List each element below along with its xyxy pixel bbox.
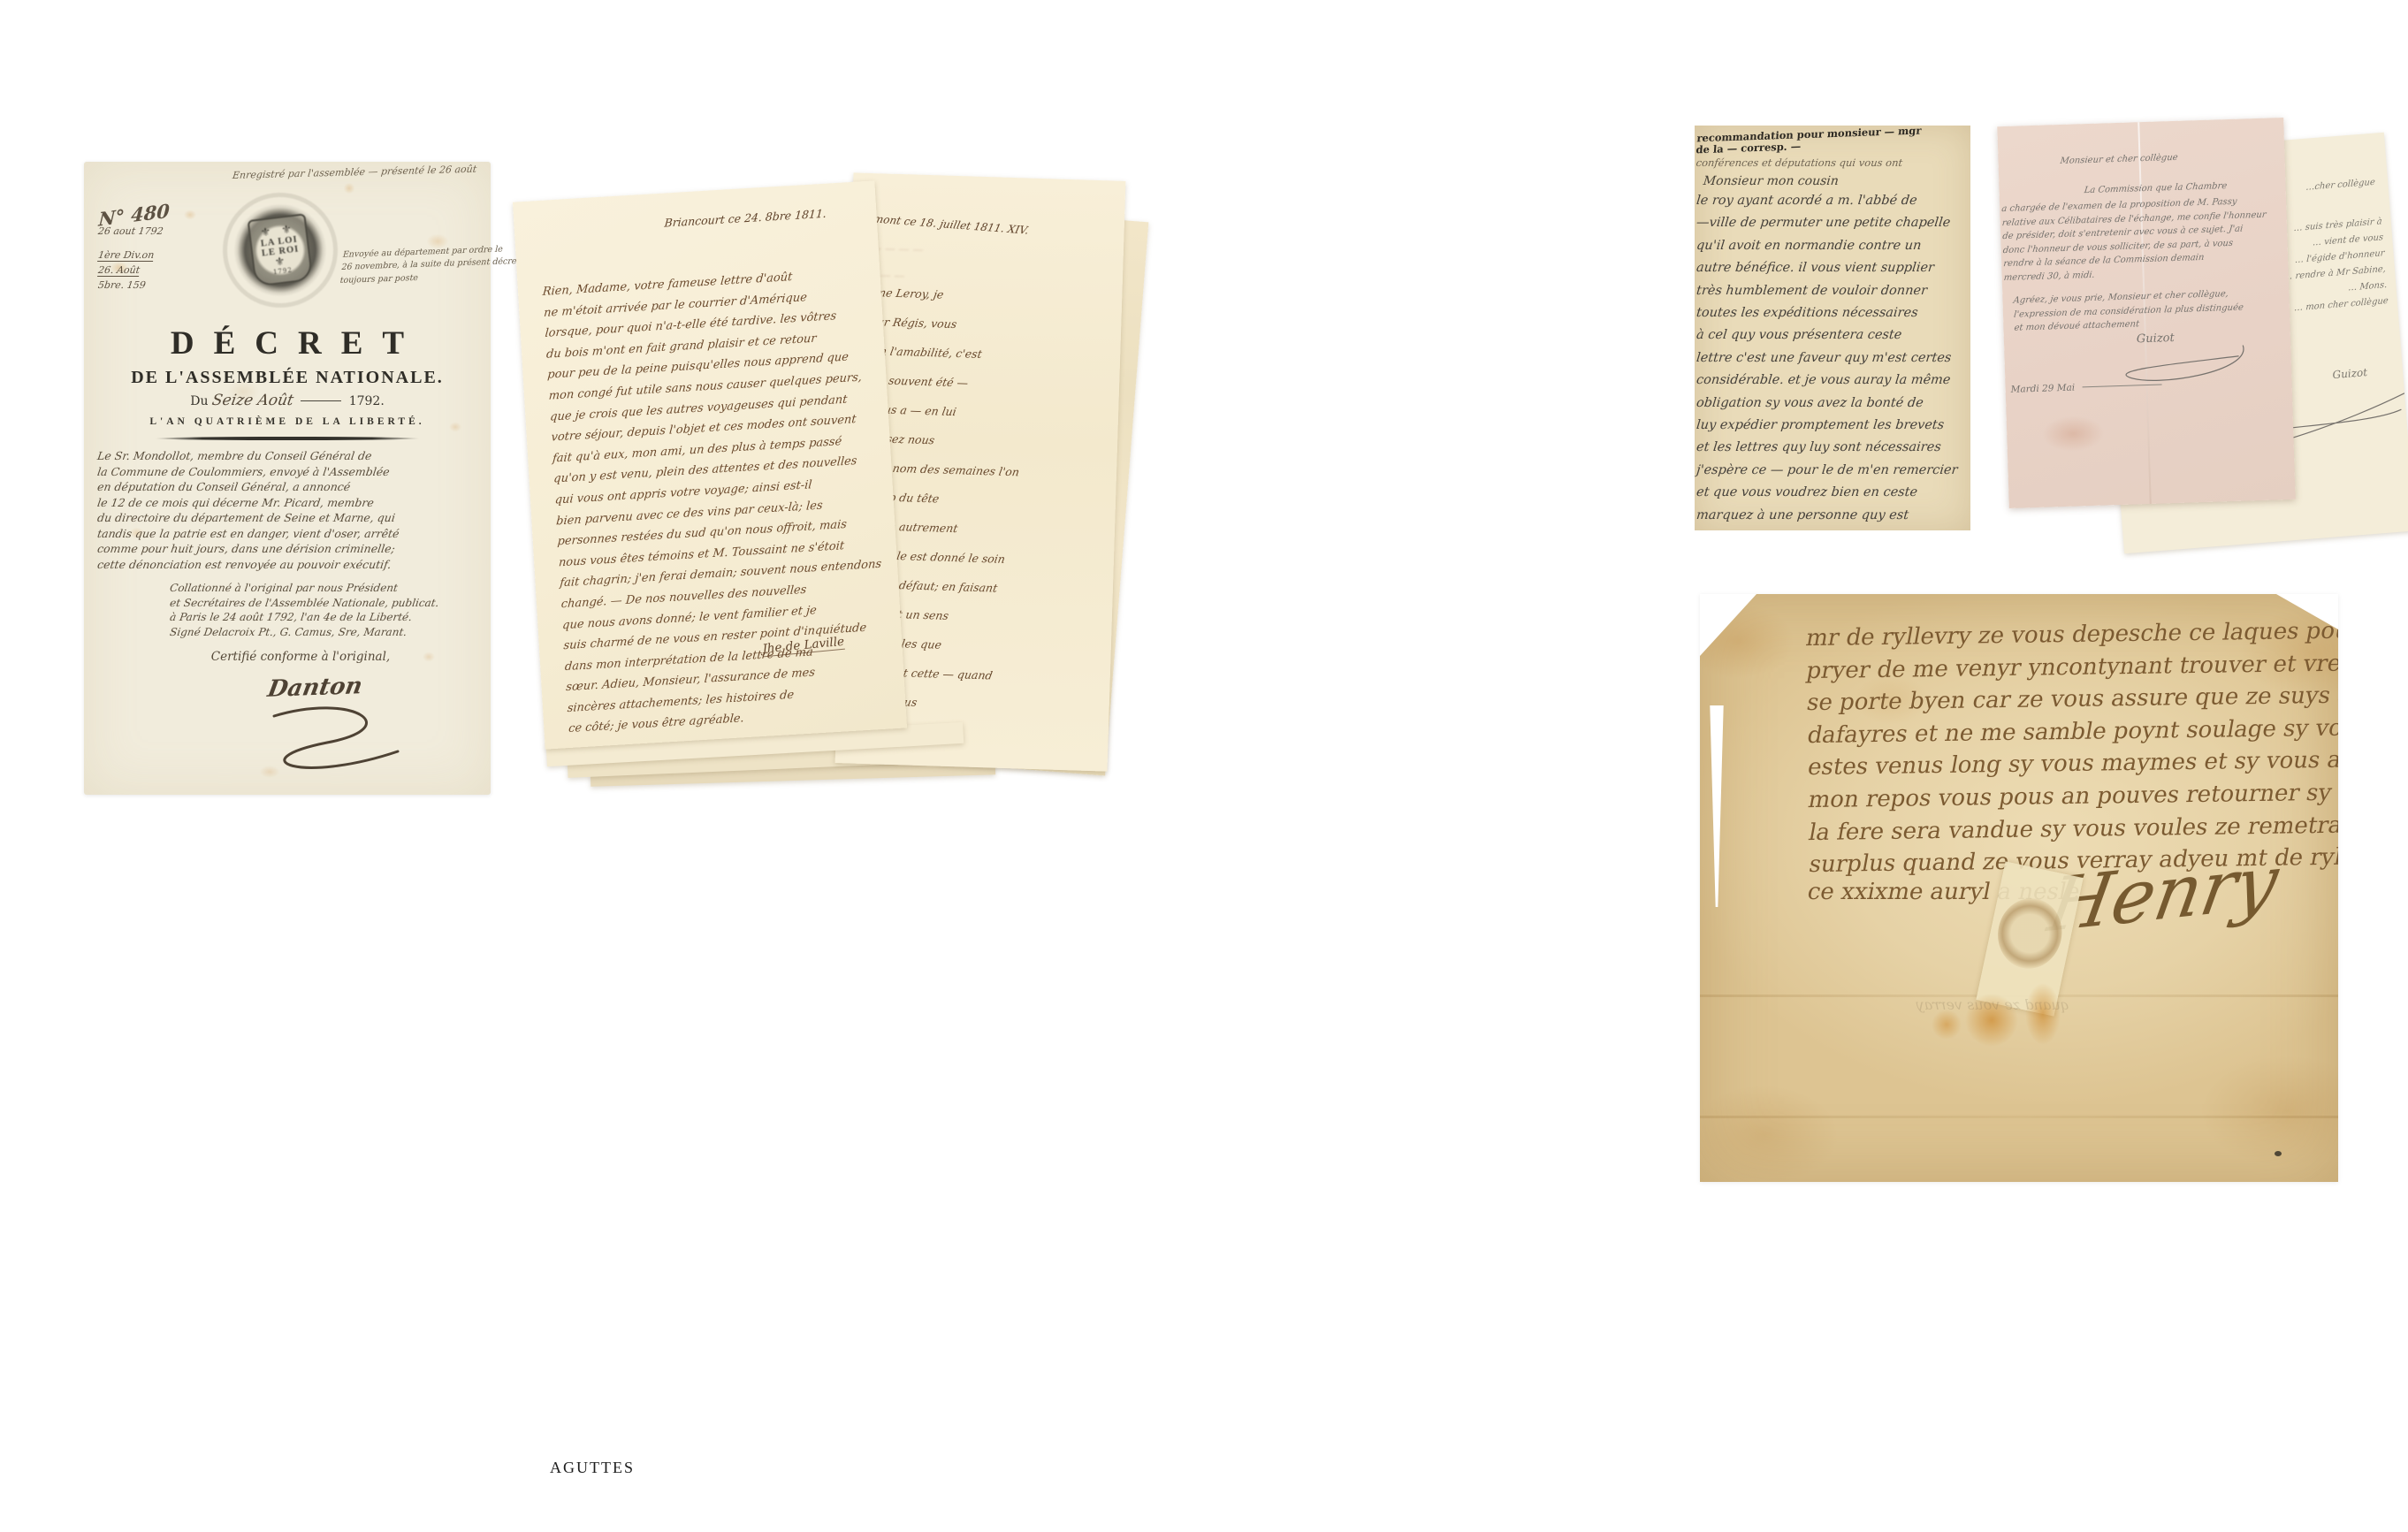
decree-margin-block: N° 480 26 aout 1792 1ère Div.on 26. Août…	[98, 201, 222, 291]
seal-ring-stain	[1992, 892, 2069, 974]
middle-sheet-dateline: …mont ce 18. juillet 1811. XIV.	[862, 212, 1031, 237]
seal-stain	[1932, 1010, 1962, 1040]
old-letter-body: le roy ayant acordé a m. l'abbé de—ville…	[1695, 190, 1970, 527]
decree-subtitle: DE L'ASSEMBLÉE NATIONALE.	[84, 368, 491, 388]
decree-side-annotation: Envoyée au département par ordre le26 no…	[339, 244, 492, 287]
decree-date-year: 1792.	[349, 394, 385, 408]
fold-line	[1700, 1116, 2338, 1118]
decree-date-script: Seize Août	[210, 392, 294, 409]
decree-margin-division: 1ère Div.on	[97, 249, 155, 262]
old-letter-document: recommandation pour monsieur — mgrde la …	[1695, 126, 1970, 530]
pink-letter-closing: Agréez, je vous prie, Monsieur et cher c…	[2013, 287, 2244, 336]
decree-body-text: Le Sr. Mondollot, membre du Conseil Géné…	[96, 448, 482, 572]
front-letter-body: Rien, Madame, votre fameuse lettre d'aoû…	[540, 263, 895, 740]
decree-margin-entry2: 5bre. 159	[97, 279, 223, 291]
decree-top-annotation: Enregistré par l'assemblée — présenté le…	[232, 163, 498, 181]
decree-divider-rule	[155, 437, 420, 440]
decree-margin-entry1: 26. Août	[97, 264, 141, 277]
paper-stain	[2042, 415, 2105, 453]
decree-title: DÉCRET	[84, 324, 491, 362]
ink-spot	[2275, 1151, 2282, 1156]
decree-certify-line: Certifié conforme à l'original,	[168, 650, 433, 664]
decree-date-prefix: Du	[190, 394, 208, 408]
decree-era-line: L'AN QUATRIÈME DE LA LIBERTÉ.	[84, 416, 491, 427]
cream-letter-body: … suis très plaisir à… vient de vous… l'…	[2279, 214, 2389, 317]
pink-letter-heading: Monsieur et cher collègue	[2060, 153, 2178, 166]
ink-showthrough: quand ze vous verray	[1804, 996, 2069, 1013]
front-letter-dateline: Briancourt ce 24. 8bre 1811.	[664, 207, 827, 230]
pink-letter-document: Monsieur et cher collègue La Commission …	[1997, 118, 2295, 508]
henry-letter-document: mr de ryllevry ze vous depesche ce laque…	[1700, 594, 2338, 1182]
date-flourish-line	[2082, 385, 2161, 388]
seal-stain	[2025, 983, 2061, 1045]
old-letter-greeting: Monsieur mon cousin	[1695, 169, 1970, 190]
pink-letter-first-line: La Commission que la Chambre	[2084, 181, 2228, 195]
catalog-page: Enregistré par l'assemblée — présenté le…	[0, 0, 2408, 1532]
decree-dateline: Du Seize Août 1792.	[84, 392, 491, 409]
henry-letter-body: mr de ryllevry ze vous depesche ce laque…	[1806, 615, 2331, 881]
old-letter-faint-line: conférences et députations qui vous ont	[1695, 151, 1970, 169]
danton-signature: Danton	[265, 673, 364, 703]
auction-house-brand: AGUTTES	[550, 1459, 635, 1477]
seal-shield: ⚜ ⚜ LA LOI LE ROI ⚜ 1792	[248, 213, 314, 286]
decree-document: Enregistré par l'assemblée — présenté le…	[84, 162, 491, 795]
pink-letter-body: a chargée de l'examen de la proposition …	[2001, 194, 2268, 286]
danton-paraph-flourish	[252, 703, 429, 791]
decree-date-rule	[301, 400, 341, 401]
seal-year: 1792	[273, 267, 293, 276]
decree-collation-text: Collationné à l'original par nous Présid…	[169, 581, 484, 639]
la-loi-le-roi-seal-icon: ⚜ ⚜ LA LOI LE ROI ⚜ 1792	[221, 191, 339, 309]
cream-letter-heading: …cher collègue	[2305, 178, 2375, 193]
pink-letter-date-text: Mardi 29 Mai	[2010, 383, 2075, 395]
decree-margin-date: 26 aout 1792	[97, 225, 223, 237]
stack-front-letter: Briancourt ce 24. 8bre 1811. Rien, Madam…	[513, 180, 907, 749]
